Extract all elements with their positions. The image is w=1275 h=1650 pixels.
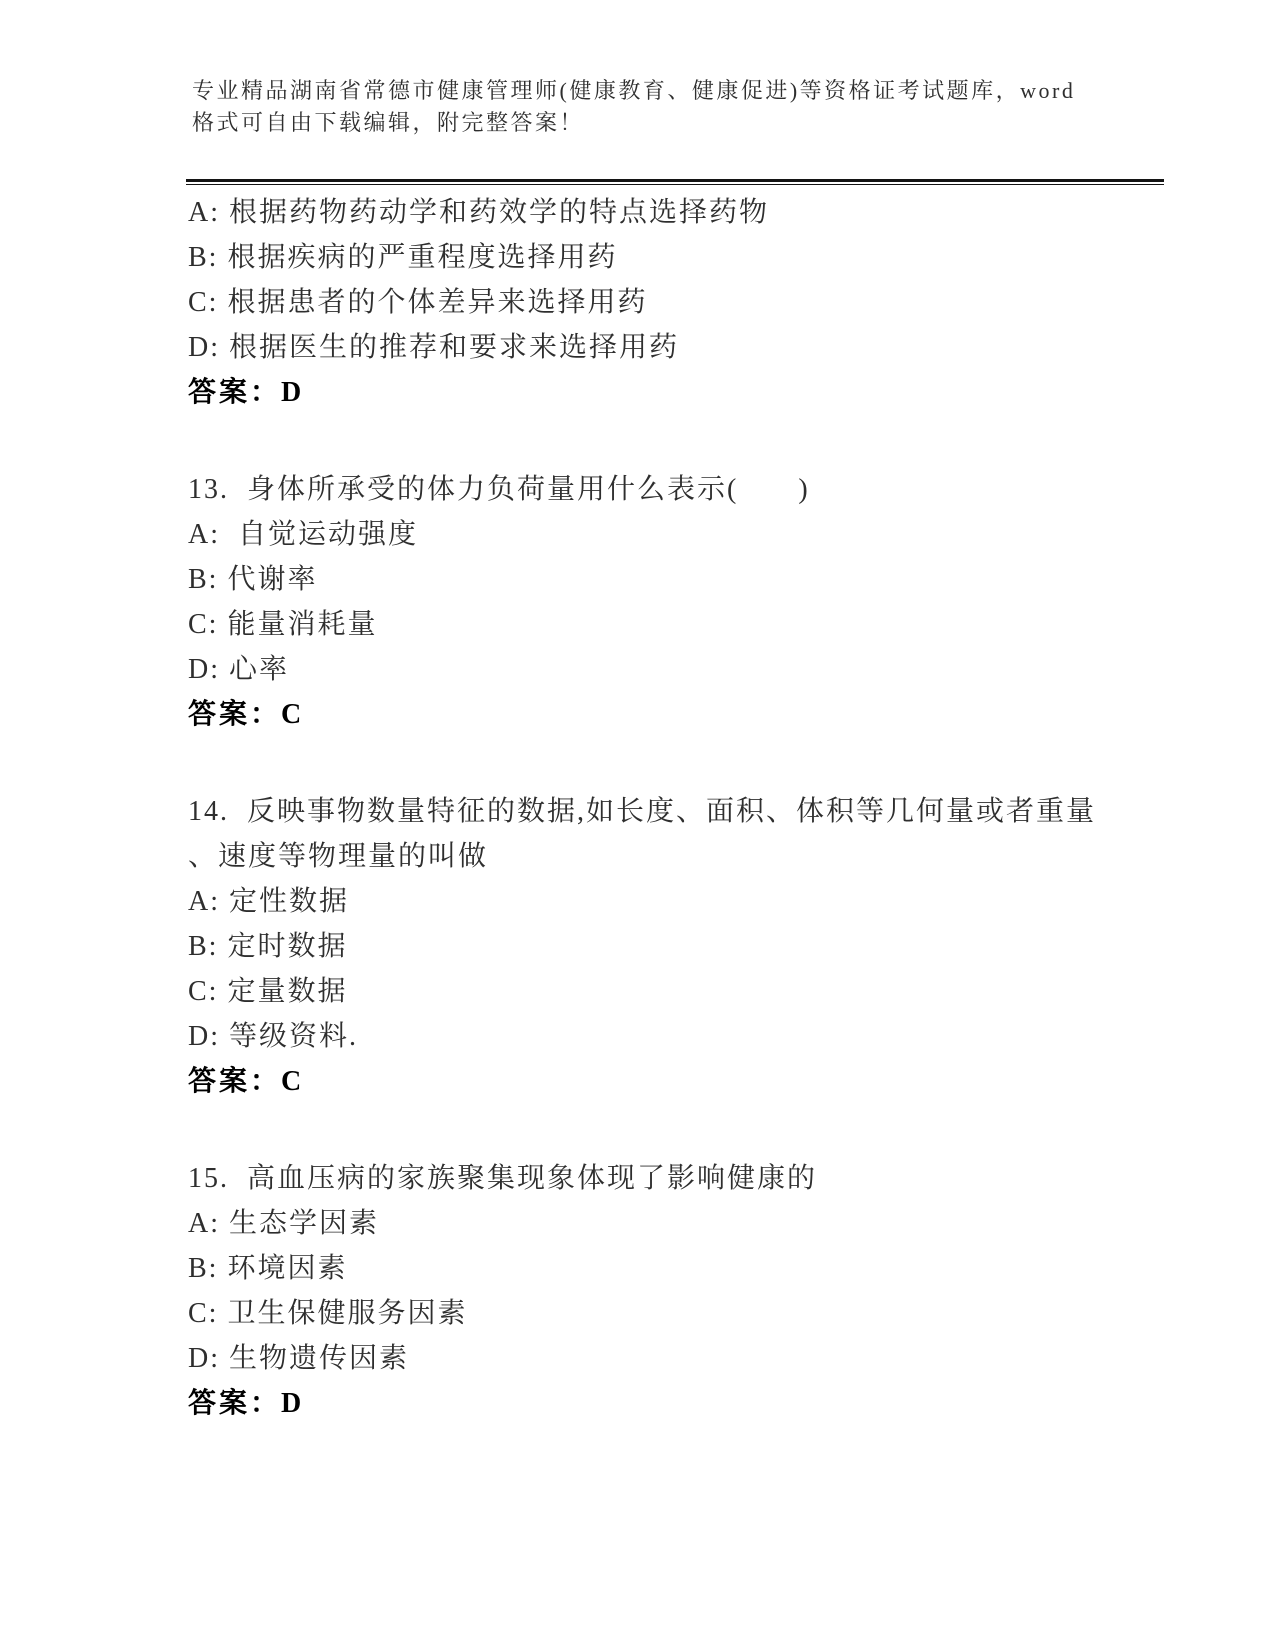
option-d: D: 根据医生的推荐和要求来选择用药 — [188, 325, 1103, 370]
question-block-15: 15. 高血压病的家族聚集现象体现了影响健康的 A: 生态学因素 B: 环境因素… — [188, 1156, 1103, 1426]
divider-thin-line — [186, 184, 1164, 185]
option-a: A: 自觉运动强度 — [188, 512, 1103, 557]
document-page: 专业精品湖南省常德市健康管理师(健康教育、健康促进)等资格证考试题库，word … — [0, 0, 1275, 1650]
option-a: A: 生态学因素 — [188, 1201, 1103, 1246]
answer-line: 答案：C — [188, 1059, 1103, 1104]
option-d: D: 生物遗传因素 — [188, 1336, 1103, 1381]
option-b: B: 根据疾病的严重程度选择用药 — [188, 235, 1103, 280]
page-header: 专业精品湖南省常德市健康管理师(健康教育、健康促进)等资格证考试题库，word … — [192, 75, 1112, 139]
question-block-12-continuation: A: 根据药物药动学和药效学的特点选择药物 B: 根据疾病的严重程度选择用药 C… — [188, 190, 1103, 415]
answer-line: 答案：D — [188, 1381, 1103, 1426]
question-block-13: 13. 身体所承受的体力负荷量用什么表示( ) A: 自觉运动强度 B: 代谢率… — [188, 467, 1103, 737]
answer-line: 答案：D — [188, 370, 1103, 415]
option-c: C: 卫生保健服务因素 — [188, 1291, 1103, 1336]
question-text: 15. 高血压病的家族聚集现象体现了影响健康的 — [188, 1156, 1103, 1201]
option-b: B: 代谢率 — [188, 557, 1103, 602]
option-b: B: 环境因素 — [188, 1246, 1103, 1291]
question-block-14: 14. 反映事物数量特征的数据,如长度、面积、体积等几何量或者重量 、速度等物理… — [188, 789, 1103, 1104]
option-b: B: 定时数据 — [188, 924, 1103, 969]
question-text: 13. 身体所承受的体力负荷量用什么表示( ) — [188, 467, 1103, 512]
option-c: C: 根据患者的个体差异来选择用药 — [188, 280, 1103, 325]
option-a: A: 根据药物药动学和药效学的特点选择药物 — [188, 190, 1103, 235]
option-c: C: 定量数据 — [188, 969, 1103, 1014]
document-body: A: 根据药物药动学和药效学的特点选择药物 B: 根据疾病的严重程度选择用药 C… — [188, 190, 1103, 1426]
header-divider — [186, 179, 1164, 185]
header-line-2: 格式可自由下载编辑，附完整答案！ — [192, 107, 1112, 139]
header-line-1: 专业精品湖南省常德市健康管理师(健康教育、健康促进)等资格证考试题库，word — [192, 75, 1112, 107]
option-a: A: 定性数据 — [188, 879, 1103, 924]
answer-line: 答案：C — [188, 692, 1103, 737]
option-d: D: 等级资料. — [188, 1014, 1103, 1059]
question-text-line-2: 、速度等物理量的叫做 — [188, 834, 1103, 879]
question-text-line-1: 14. 反映事物数量特征的数据,如长度、面积、体积等几何量或者重量 — [188, 789, 1103, 834]
option-d: D: 心率 — [188, 647, 1103, 692]
option-c: C: 能量消耗量 — [188, 602, 1103, 647]
